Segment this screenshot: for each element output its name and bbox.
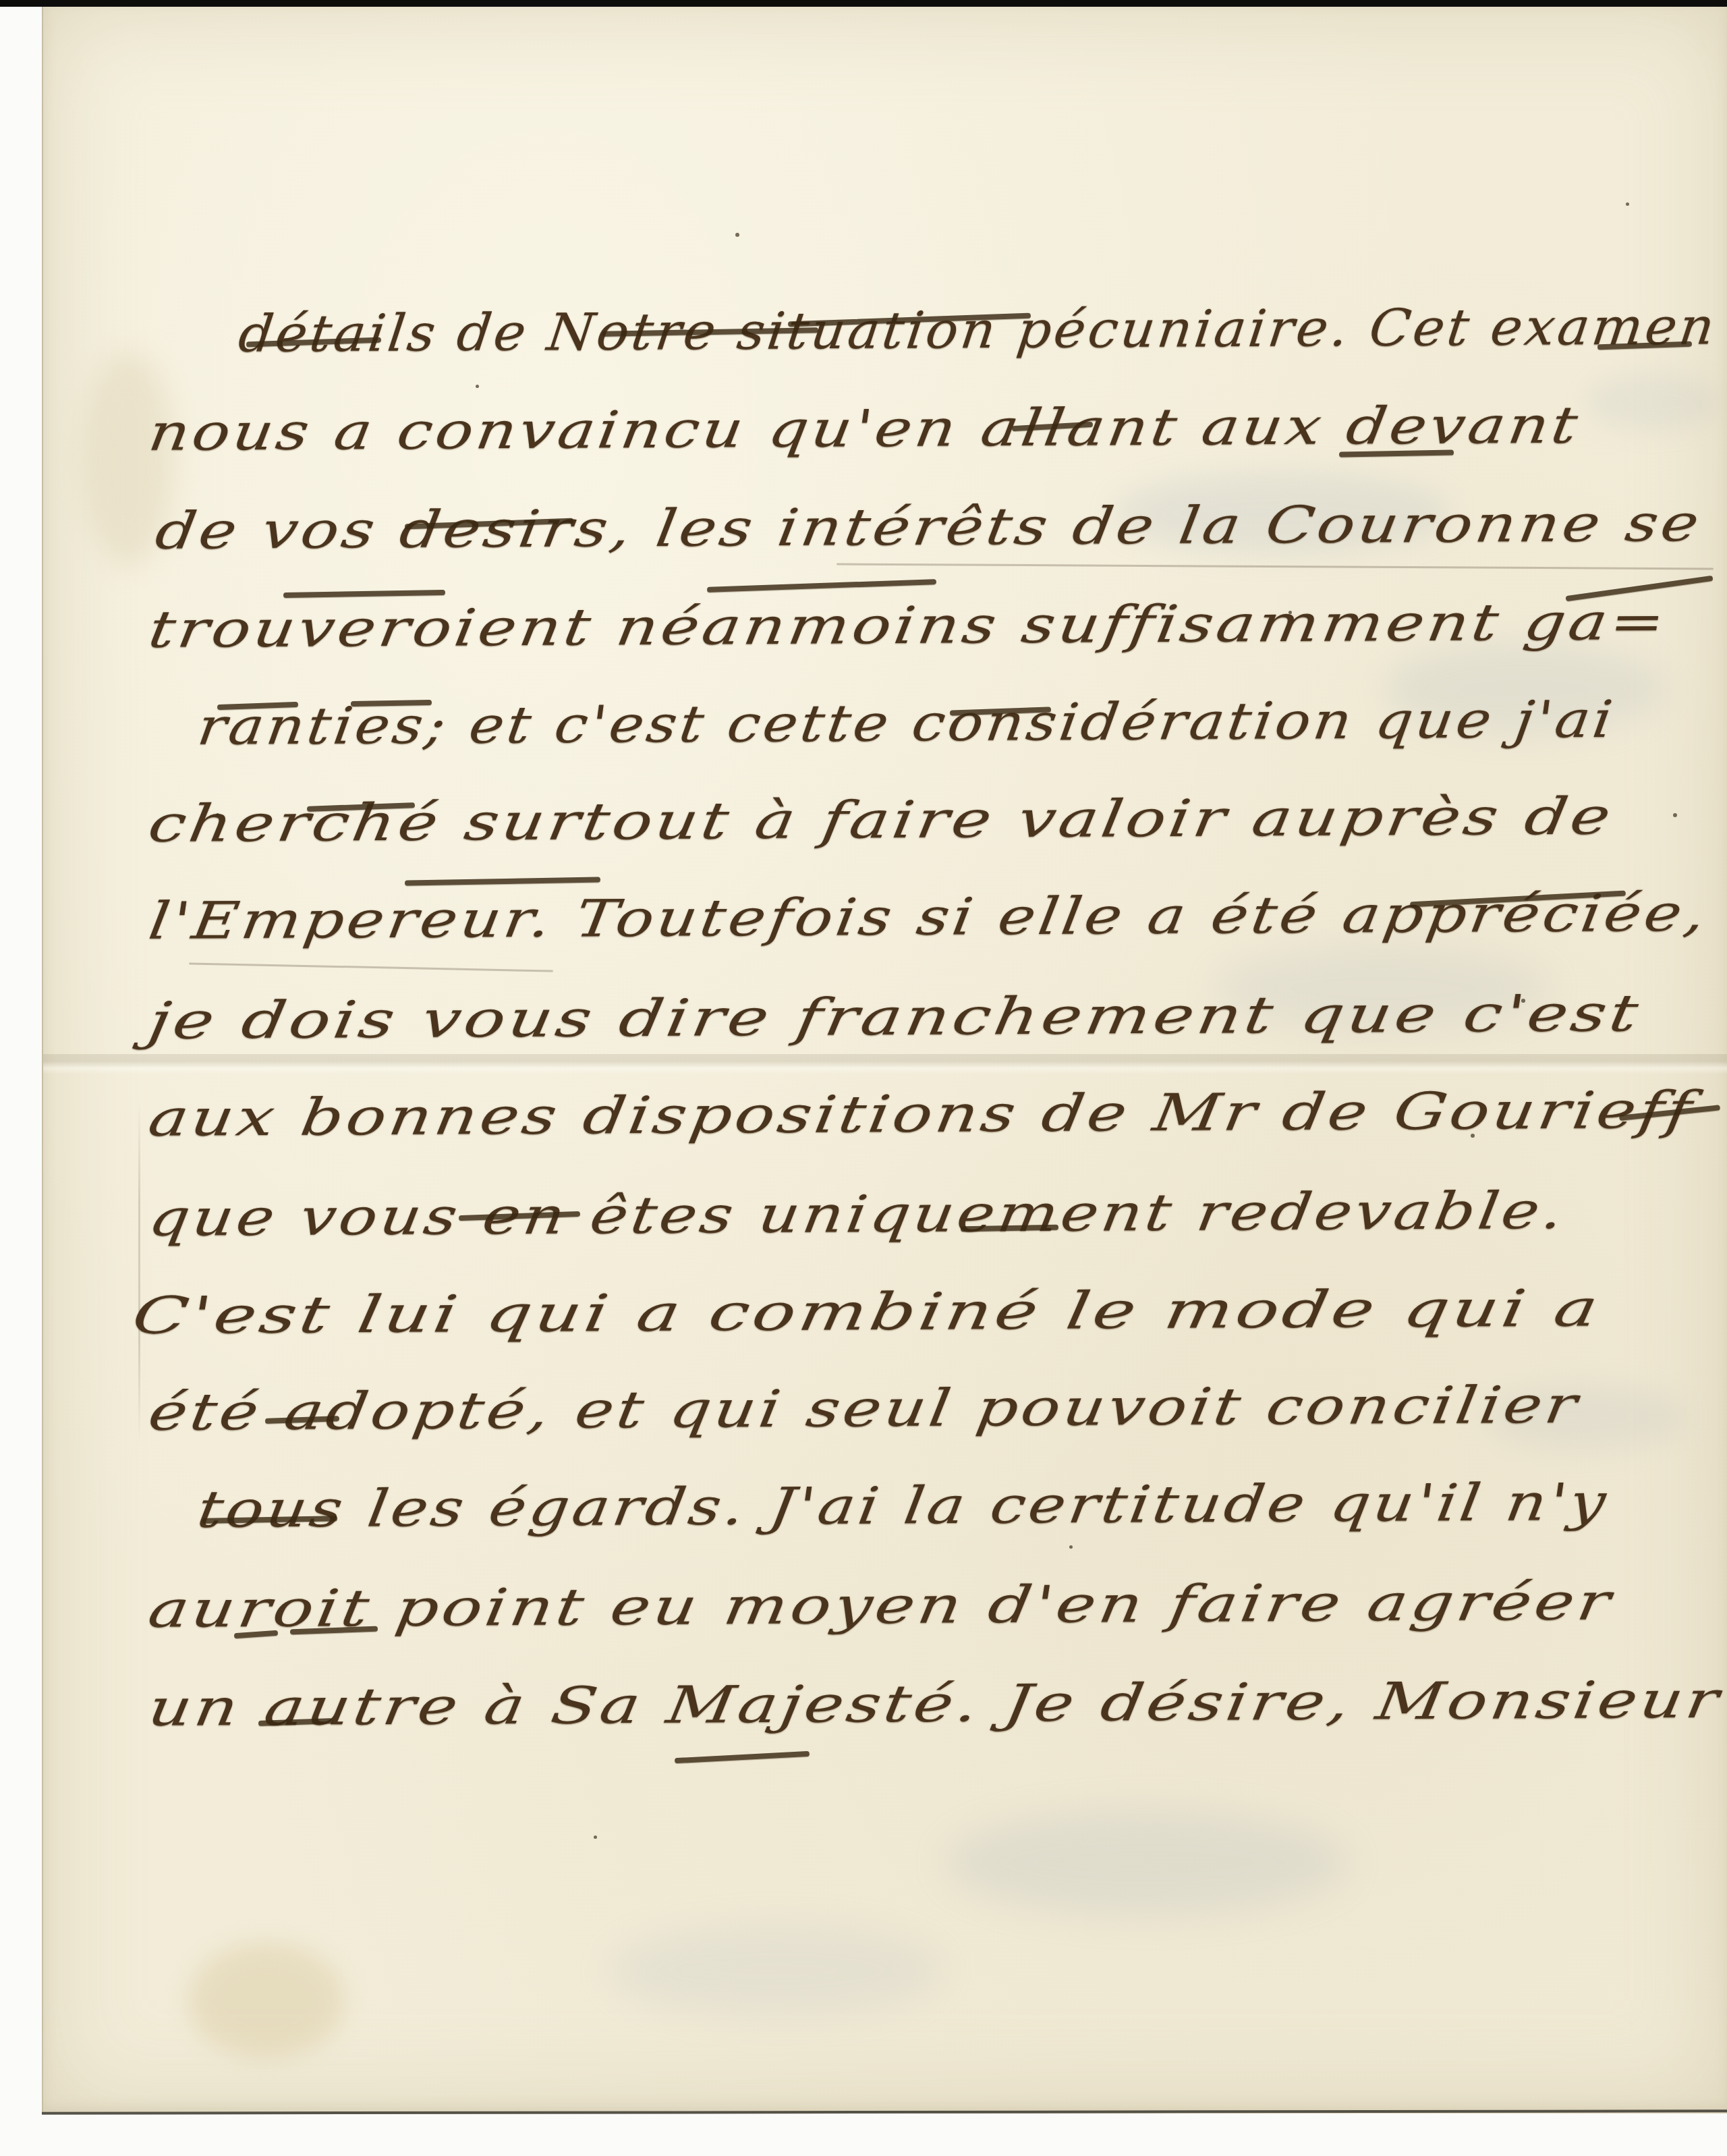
scanned-letter: détails de Notre situation pécuniaire. C…: [0, 0, 1727, 2156]
scan-edge-bar: [0, 0, 1727, 7]
letter-page: [42, 7, 1727, 2113]
